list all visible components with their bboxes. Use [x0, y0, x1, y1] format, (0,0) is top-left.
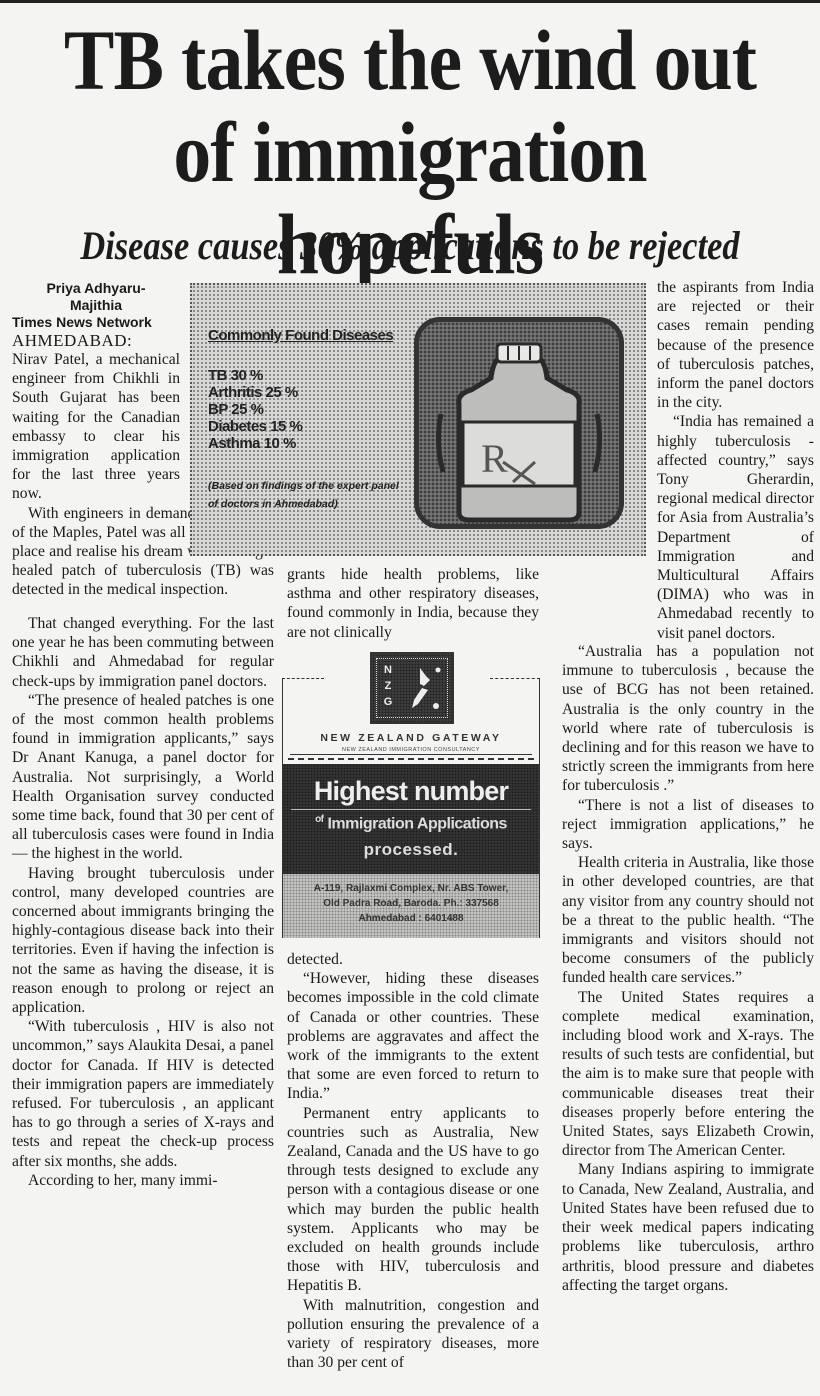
paragraph: The United States requires a complete me… — [562, 988, 814, 1161]
paragraph: the aspirants from India are rejected or… — [657, 278, 814, 412]
ad-rule — [291, 809, 531, 810]
logo-letter: Z — [382, 678, 394, 694]
subheadline: Disease causes 30% applications to be re… — [57, 222, 762, 270]
disease-info-box: Commonly Found Diseases TB 30 % Arthriti… — [190, 283, 646, 556]
paragraph: “However, hiding these dis­eases becomes… — [287, 969, 539, 1103]
paragraph: Many Indians aspiring to immigrate to Ca… — [562, 1160, 814, 1294]
ad-headline: Highest number — [283, 776, 539, 807]
advertisement-nz-gateway[interactable]: N Z G NEW ZEALAND GATEWAY NEW ZEALAND IM… — [282, 652, 540, 938]
byline-name-2: Majithia — [70, 297, 122, 313]
new-zealand-map-icon: N Z G — [370, 652, 454, 724]
nz-islands-icon — [406, 664, 446, 714]
paragraph: “With tuberculosis , HIV is also not unc… — [12, 1017, 274, 1171]
ad-address-line: Old Padra Road, Baroda. Ph.: 337568 — [283, 896, 539, 911]
prescription-bottle-icon: R — [414, 317, 624, 529]
paragraph: With malnutrition, congestion and pollut… — [287, 1296, 539, 1373]
column-1-continued: That changed everything. For the last on… — [12, 614, 274, 1190]
paragraph: “There is not a list of diseases to reje… — [562, 796, 814, 854]
logo-letters: N Z G — [382, 662, 394, 710]
paragraph: According to her, many immi- — [12, 1171, 274, 1190]
column-1: Priya Adhyaru- Majithia Times News Netwo… — [12, 280, 180, 600]
dateline: AHMEDABAD: — [12, 331, 180, 350]
top-rule — [0, 0, 820, 3]
ad-address-line: Ahmedabad : 6401488 — [283, 911, 539, 926]
logo-letter: N — [382, 662, 394, 678]
ad-frame-dash — [490, 678, 540, 679]
paragraph: “India has remained a highly tuberculosi… — [657, 412, 814, 642]
ad-line-2-text: Immigration Applications — [327, 815, 506, 832]
info-box-note: (Based on findings of the expert panel o… — [208, 477, 408, 513]
column-2: grants hide health problems, like asthma… — [287, 565, 539, 642]
paragraph: grants hide health problems, like asthma… — [287, 565, 539, 642]
ad-brand: NEW ZEALAND GATEWAY — [288, 732, 534, 744]
byline-org: Times News Network — [12, 314, 180, 331]
paragraph: Having brought tuberculosis under contro… — [12, 864, 274, 1018]
ad-line-2: of Immigration Applications — [283, 814, 539, 833]
ad-address-line: A-119, Rajlaxmi Complex, Nr. ABS Tower, — [283, 881, 539, 896]
paragraph: Permanent entry applicants to countries … — [287, 1104, 539, 1296]
ad-address: A-119, Rajlaxmi Complex, Nr. ABS Tower, … — [283, 874, 539, 938]
paragraph: Health criteria in Australia, like those… — [562, 853, 814, 987]
ad-line-3: processed. — [283, 840, 539, 860]
paragraph: detected. — [287, 950, 539, 969]
logo-letter: G — [382, 694, 394, 710]
paragraph: “The presence of healed patch­es is one … — [12, 691, 274, 864]
ad-divider — [288, 758, 534, 760]
column-3: the aspirants from India are rejected or… — [657, 278, 814, 643]
info-box-title: Commonly Found Diseases — [208, 327, 393, 344]
ad-brand-sub: NEW ZEALAND IMMIGRATION CONSULTANCY — [290, 747, 532, 755]
ad-line-2-prefix: of — [315, 814, 323, 825]
disease-item: Asthma 10 % — [208, 435, 302, 452]
disease-item: BP 25 % — [208, 401, 302, 418]
disease-item: Diabetes 15 % — [208, 418, 302, 435]
paragraph: “Australia has a population not immune t… — [562, 642, 814, 796]
ad-headline-band: Highest number of Immigration Applicatio… — [283, 764, 539, 874]
ad-frame-dash — [282, 678, 324, 679]
column-2-continued: detected. “However, hiding these dis­eas… — [287, 950, 539, 1372]
headline-line-1: TB takes the wind out — [64, 12, 756, 108]
byline-name-1: Priya Adhyaru- — [46, 280, 145, 296]
disease-item: TB 30 % — [208, 367, 302, 384]
rx-label: R — [481, 436, 508, 481]
disease-item: Arthritis 25 % — [208, 384, 302, 401]
paragraph: That changed everything. For the last on… — [12, 614, 274, 691]
disease-list: TB 30 % Arthritis 25 % BP 25 % Diabetes … — [208, 367, 302, 452]
byline-name: Priya Adhyaru- Majithia — [12, 280, 180, 314]
prescription-bottle-svg: R — [419, 322, 619, 524]
column-3-continued: “Australia has a population not immune t… — [562, 642, 814, 1295]
paragraph: Nirav Patel, a mechanical engineer from … — [12, 350, 180, 504]
